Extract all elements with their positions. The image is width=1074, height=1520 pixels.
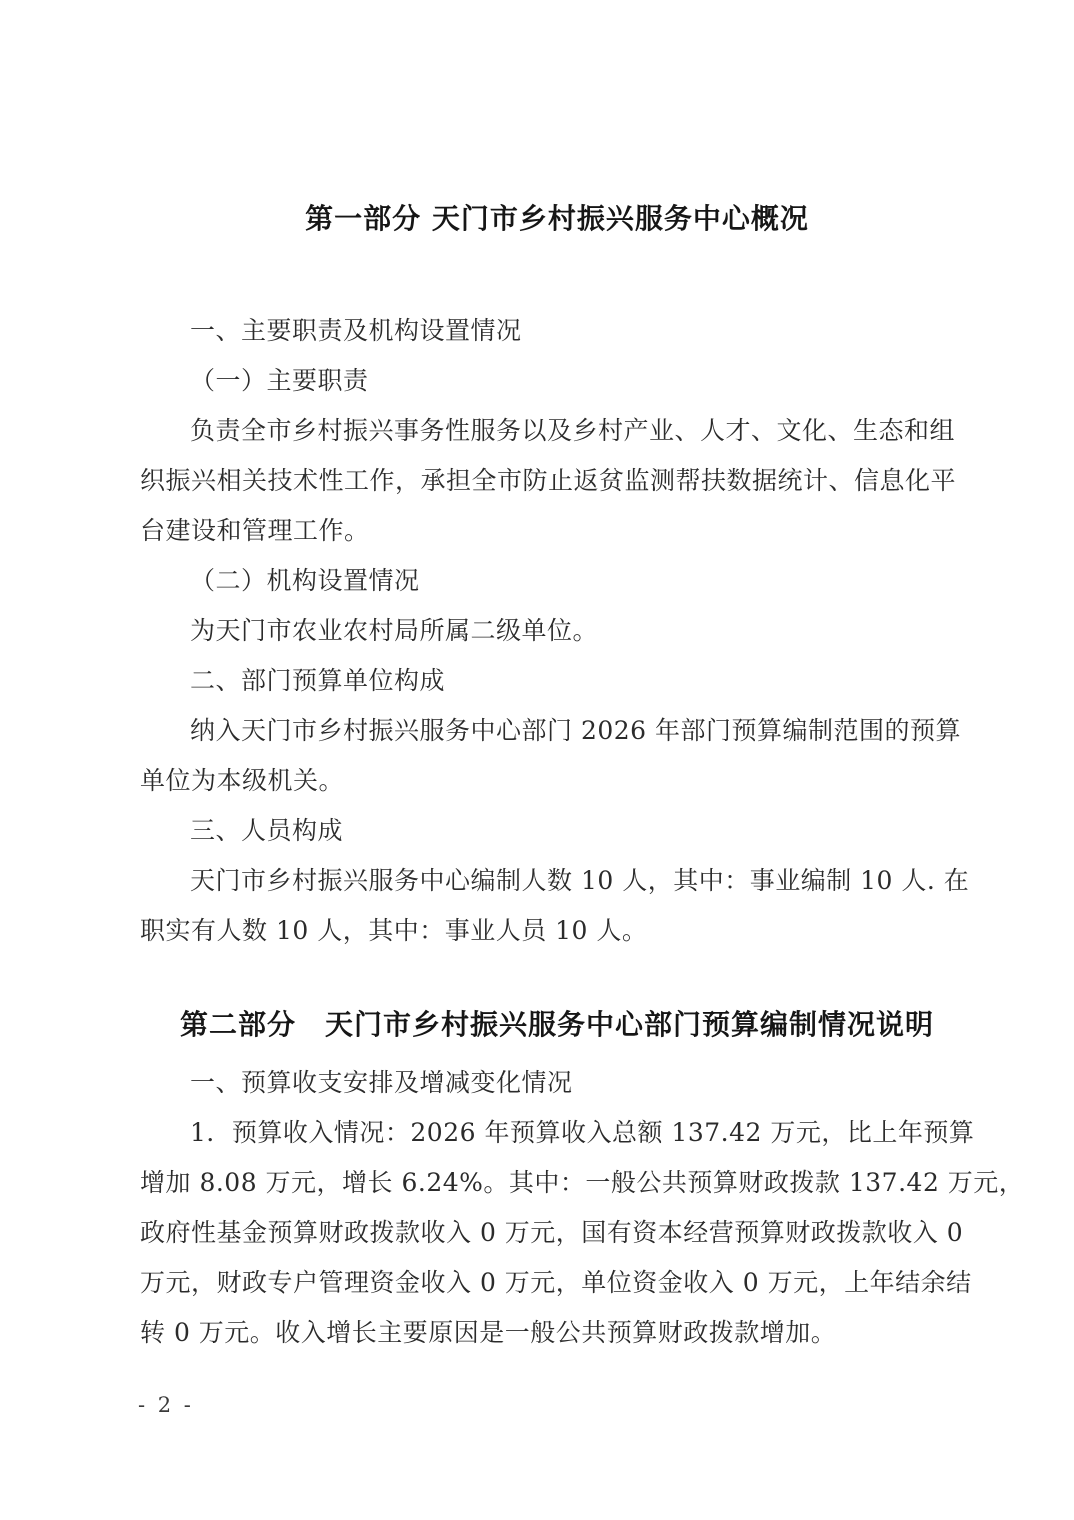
text-line: 增加 8.08 万元，增长 6.24%。其中：一般公共预算财政拨款 137.42… bbox=[140, 1158, 974, 1208]
text-line: （一）主要职责 bbox=[140, 356, 974, 406]
text-line: 台建设和管理工作。 bbox=[140, 506, 974, 556]
page-number: - 2 - bbox=[138, 1390, 194, 1420]
text-line: 单位为本级机关。 bbox=[140, 756, 974, 806]
part2-body: 一、预算收支安排及增减变化情况 1．预算收入情况：2026 年预算收入总额 13… bbox=[140, 1058, 974, 1358]
text-line: 1．预算收入情况：2026 年预算收入总额 137.42 万元，比上年预算 bbox=[140, 1108, 974, 1158]
part2-title: 第二部分 天门市乡村振兴服务中心部门预算编制情况说明 bbox=[140, 1000, 974, 1050]
part1-body: 一、主要职责及机构设置情况 （一）主要职责 负责全市乡村振兴事务性服务以及乡村产… bbox=[140, 306, 974, 956]
text-line: 职实有人数 10 人，其中：事业人员 10 人。 bbox=[140, 906, 974, 956]
text-line: 万元，财政专户管理资金收入 0 万元，单位资金收入 0 万元，上年结余结 bbox=[140, 1258, 974, 1308]
text-line: 为天门市农业农村局所属二级单位。 bbox=[140, 606, 974, 656]
text-line: 织振兴相关技术性工作，承担全市防止返贫监测帮扶数据统计、信息化平 bbox=[140, 456, 974, 506]
text-line: 政府性基金预算财政拨款收入 0 万元，国有资本经营预算财政拨款收入 0 bbox=[140, 1208, 974, 1258]
text-line: 一、主要职责及机构设置情况 bbox=[140, 306, 974, 356]
text-line: （二）机构设置情况 bbox=[140, 556, 974, 606]
text-line: 天门市乡村振兴服务中心编制人数 10 人，其中：事业编制 10 人. 在 bbox=[140, 856, 974, 906]
document-content: 第一部分 天门市乡村振兴服务中心概况 一、主要职责及机构设置情况 （一）主要职责… bbox=[0, 194, 1074, 1358]
text-line: 一、预算收支安排及增减变化情况 bbox=[140, 1058, 974, 1108]
document-page: 第一部分 天门市乡村振兴服务中心概况 一、主要职责及机构设置情况 （一）主要职责… bbox=[0, 0, 1074, 1520]
text-line: 三、人员构成 bbox=[140, 806, 974, 856]
text-line: 转 0 万元。收入增长主要原因是一般公共预算财政拨款增加。 bbox=[140, 1308, 974, 1358]
text-line: 纳入天门市乡村振兴服务中心部门 2026 年部门预算编制范围的预算 bbox=[140, 706, 974, 756]
text-line: 负责全市乡村振兴事务性服务以及乡村产业、人才、文化、生态和组 bbox=[140, 406, 974, 456]
text-line: 二、部门预算单位构成 bbox=[140, 656, 974, 706]
part1-title: 第一部分 天门市乡村振兴服务中心概况 bbox=[140, 194, 974, 244]
